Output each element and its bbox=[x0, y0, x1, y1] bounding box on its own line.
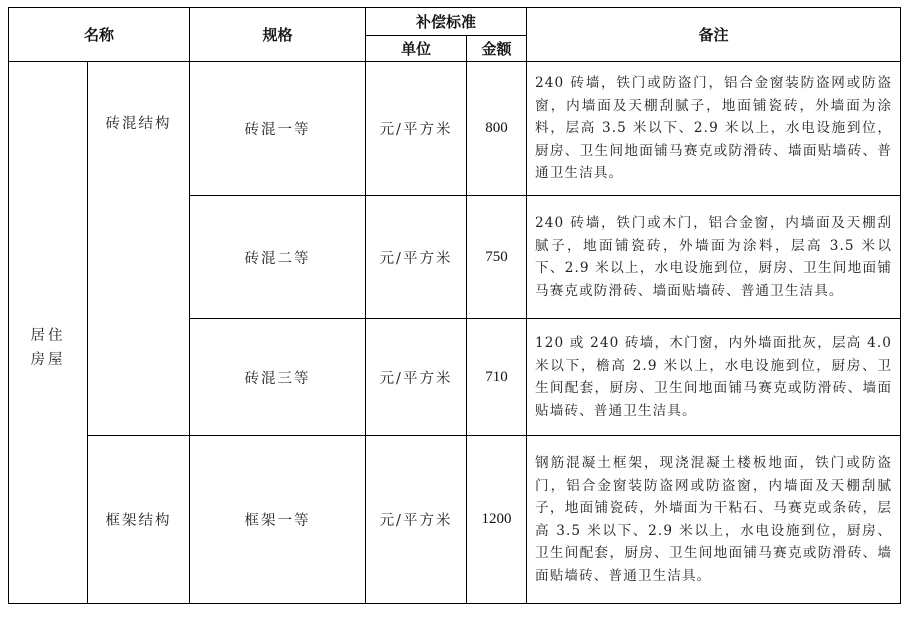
unit-cell: 元/平方米 bbox=[366, 436, 467, 604]
remark-cell: 240 砖墙，铁门或木门，铝合金窗，内墙面及天棚刮腻子，地面铺瓷砖，外墙面为涂料… bbox=[527, 196, 901, 319]
header-unit: 单位 bbox=[366, 36, 467, 62]
amount-cell: 750 bbox=[467, 196, 527, 319]
compensation-standard-table: 名称 规格 补偿标准 备注 单位 金额 居住 房屋 砖混结构 砖混一等 元/平方… bbox=[8, 7, 901, 604]
structure-cell: 砖混结构 bbox=[88, 62, 190, 436]
spec-cell: 砖混一等 bbox=[190, 62, 366, 196]
table-row: 居住 房屋 砖混结构 砖混一等 元/平方米 800 240 砖墙，铁门或防盗门，… bbox=[9, 62, 901, 196]
header-row-top: 名称 规格 补偿标准 备注 bbox=[9, 8, 901, 36]
table-row: 框架结构 框架一等 元/平方米 1200 钢筋混凝土框架，现浇混凝土楼板地面，铁… bbox=[9, 436, 901, 604]
header-name: 名称 bbox=[9, 8, 190, 62]
unit-cell: 元/平方米 bbox=[366, 196, 467, 319]
category-line-2: 房屋 bbox=[9, 348, 87, 372]
unit-cell: 元/平方米 bbox=[366, 319, 467, 436]
spec-cell: 框架一等 bbox=[190, 436, 366, 604]
unit-cell: 元/平方米 bbox=[366, 62, 467, 196]
remark-cell: 120 或 240 砖墙，木门窗，内外墙面批灰，层高 4.0 米以下，檐高 2.… bbox=[527, 319, 901, 436]
spec-cell: 砖混二等 bbox=[190, 196, 366, 319]
category-cell: 居住 房屋 bbox=[9, 62, 88, 604]
remark-cell: 240 砖墙，铁门或防盗门，铝合金窗装防盗网或防盗窗，内墙面及天棚刮腻子，地面铺… bbox=[527, 62, 901, 196]
amount-cell: 1200 bbox=[467, 436, 527, 604]
header-amount: 金额 bbox=[467, 36, 527, 62]
structure-cell: 框架结构 bbox=[88, 436, 190, 604]
spec-cell: 砖混三等 bbox=[190, 319, 366, 436]
amount-cell: 710 bbox=[467, 319, 527, 436]
compensation-table-container: 名称 规格 补偿标准 备注 单位 金额 居住 房屋 砖混结构 砖混一等 元/平方… bbox=[8, 7, 901, 604]
header-spec: 规格 bbox=[190, 8, 366, 62]
remark-cell: 钢筋混凝土框架，现浇混凝土楼板地面，铁门或防盗门，铝合金窗装防盗网或防盗窗，内墙… bbox=[527, 436, 901, 604]
header-compensation-standard: 补偿标准 bbox=[366, 8, 527, 36]
category-line-1: 居住 bbox=[9, 324, 87, 348]
header-remark: 备注 bbox=[527, 8, 901, 62]
amount-cell: 800 bbox=[467, 62, 527, 196]
